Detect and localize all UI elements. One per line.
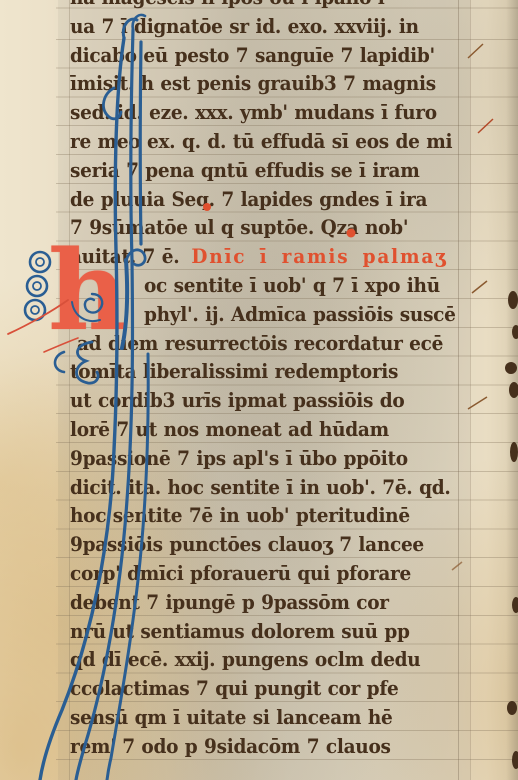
- manuscript-line: ua 7 ī dignatōe sr id. exo. xxviij. in: [70, 13, 468, 44]
- manuscript-line: sensū qm ī uitate si lanceam hē: [70, 704, 468, 735]
- line-text: sensū qm ī uitate si lanceam hē: [70, 707, 392, 729]
- line-text: ut cordib3 urīs ipmat passiōis do: [70, 390, 404, 412]
- text-column: na magescis il ipōs ōu ī ipaliō iua 7 ī …: [70, 0, 468, 763]
- line-text: re meo ex. q. d. tū effudā sī eos de mi: [70, 131, 452, 153]
- right-outer-ruling-line: [470, 0, 471, 780]
- line-text: īmisit. h est penis grauib3 7 magnis: [70, 73, 436, 95]
- page-edge-shadow: [506, 0, 518, 780]
- manuscript-line: corp' dmīci pforauerū qui pforare: [70, 560, 468, 591]
- manuscript-line: 9passionē 7 ips apl's ī ūbo ppōito: [70, 445, 468, 476]
- line-text: 9passionē 7 ips apl's ī ūbo ppōito: [70, 448, 408, 470]
- line-text: seria 7 pena qntū effudis se ī iram: [70, 160, 420, 182]
- line-text: ccolactimas 7 qui pungit cor pfe: [70, 678, 398, 700]
- line-text: de pluuia Seq. 7 lapides gndes ī ira: [70, 189, 427, 211]
- manuscript-line: 9passiōis punctōes clauoʒ 7 lancee: [70, 531, 468, 562]
- line-text: ad diem resurrectōis recordatur ecē: [77, 333, 443, 355]
- line-text: sed. id. eze. xxx. ymb' mudans ī furo: [70, 102, 437, 124]
- manuscript-line: īmisit. h est penis grauib3 7 magnis: [70, 70, 468, 101]
- line-text: dicabo eū pesto 7 sanguīe 7 lapidib': [70, 45, 435, 67]
- illuminated-initial-h: h: [48, 236, 128, 346]
- manuscript-line: lorē 7 ut nos moneat ad hūdam: [70, 416, 468, 447]
- line-text: ua 7 ī dignatōe sr id. exo. xxviij. in: [70, 16, 419, 38]
- manuscript-line: nrū ut sentiamus dolorem suū pp: [70, 617, 468, 648]
- manuscript-line: dicabo eū pesto 7 sanguīe 7 lapidib': [70, 41, 468, 72]
- line-text: rem' 7 odo p 9sidacōm 7 clauos: [70, 736, 391, 758]
- line-text: qd dī ecē. xxij. pungens oclm dedu: [70, 649, 420, 671]
- manuscript-line: rem' 7 odo p 9sidacōm 7 clauos: [70, 733, 468, 764]
- line-text: nrū ut sentiamus dolorem suū pp: [70, 621, 410, 643]
- manuscript-line: tomīta liberalissimi redemptoris: [70, 358, 468, 389]
- manuscript-line: qd dī ecē. xxij. pungens oclm dedu: [70, 646, 468, 677]
- line-text: 9passiōis punctōes clauoʒ 7 lancee: [70, 534, 424, 556]
- line-text: lorē 7 ut nos moneat ad hūdam: [70, 419, 389, 441]
- rubric-text: Dnīc ī ramis palmaʒ: [191, 246, 447, 268]
- manuscript-line: 7 9sūmatōe ul q suptōe. Qza nob': [70, 214, 468, 245]
- line-text: phyl'. ij. Admīca passiōis suscē: [144, 304, 456, 326]
- manuscript-line: ad diem resurrectōis recordatur ecē: [70, 329, 468, 360]
- manuscript-line: debent 7 ipungē p 9passōm cor: [70, 589, 468, 620]
- manuscript-line: oc sentite ī uob' q 7 ī xpo ihū: [70, 272, 468, 303]
- manuscript-page: h na magescis il ipōs ōu ī ipaliō iua 7 …: [0, 0, 518, 780]
- line-text: dicit. ita. hoc sentite ī in uob'. 7ē. q…: [70, 477, 450, 499]
- manuscript-line: phyl'. ij. Admīca passiōis suscē: [70, 301, 468, 332]
- manuscript-line: de pluuia Seq. 7 lapides gndes ī ira: [70, 185, 468, 216]
- manuscript-line: sed. id. eze. xxx. ymb' mudans ī furo: [70, 99, 468, 130]
- manuscript-line: ccolactimas 7 qui pungit cor pfe: [70, 675, 468, 706]
- manuscript-line: seria 7 pena qntū effudis se ī iram: [70, 157, 468, 188]
- manuscript-line: auitat. 7 ē.Dnīc ī ramis palmaʒ: [70, 243, 468, 274]
- line-text: debent 7 ipungē p 9passōm cor: [70, 592, 389, 614]
- line-text: corp' dmīci pforauerū qui pforare: [70, 563, 411, 585]
- manuscript-line: re meo ex. q. d. tū effudā sī eos de mi: [70, 128, 468, 159]
- line-text: oc sentite ī uob' q 7 ī xpo ihū: [144, 275, 440, 297]
- line-text: na magescis il ipōs ōu ī ipaliō i: [70, 0, 384, 9]
- manuscript-line: ut cordib3 urīs ipmat passiōis do: [70, 387, 468, 418]
- line-text: tomīta liberalissimi redemptoris: [70, 361, 398, 383]
- manuscript-line: hoc sentite 7ē in uob' pteritudinē: [70, 502, 468, 533]
- manuscript-line: dicit. ita. hoc sentite ī in uob'. 7ē. q…: [70, 473, 468, 504]
- line-text: hoc sentite 7ē in uob' pteritudinē: [70, 505, 410, 527]
